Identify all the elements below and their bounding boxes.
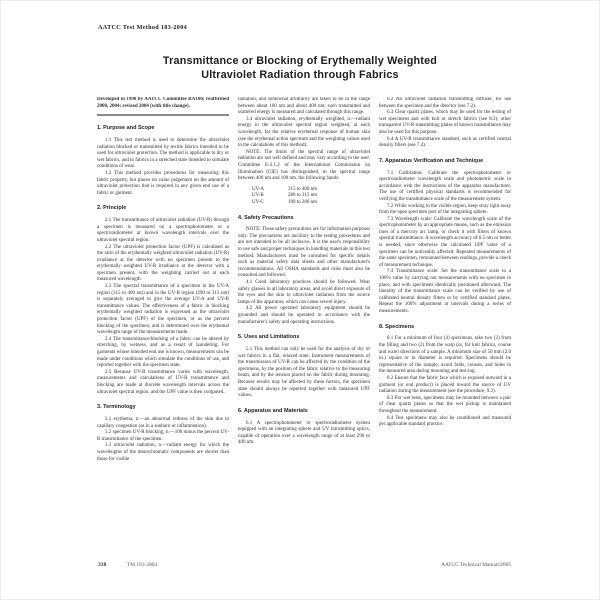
- document-title-line2: Ultraviolet Radiation through Fabrics: [1, 69, 599, 83]
- body-paragraph: NOTE: These safety precautions are for i…: [238, 227, 370, 280]
- uv-band-name: UV-A: [252, 187, 288, 194]
- section-heading: 5. Uses and Limitations: [238, 334, 370, 341]
- section-heading: 7. Apparatus Verification and Technique: [379, 158, 511, 165]
- body-paragraph: 2.2 The ultraviolet protection factor (U…: [97, 245, 229, 285]
- footer-page-number: 338: [98, 562, 106, 568]
- body-paragraph: 8.3 For wet tests, specimens may be moun…: [379, 396, 511, 416]
- scan-area: AATCC Test Method 183-2004 Transmittance…: [1, 1, 599, 599]
- section-heading: 2. Principle: [97, 205, 229, 212]
- uv-band-name: UV-C: [252, 200, 288, 207]
- body-paragraph: 6.4 A UV-R transmittance standard, such …: [379, 137, 511, 150]
- footer-method-number: TM 183-2004: [127, 562, 157, 568]
- body-paragraph: 1.1 This test method is used to determin…: [97, 138, 229, 171]
- body-paragraph: 7.4 Transmittance scale: Set the transmi…: [379, 269, 511, 315]
- body-paragraph: 6.1 A spectrophotometer or spectroradiom…: [238, 421, 370, 447]
- section-heading: 8. Specimens: [379, 324, 511, 331]
- body-paragraph: 2.3 The spectral transmittance of a spec…: [97, 284, 229, 337]
- document-title: Transmittance or Blocking of Erythemally…: [1, 55, 599, 82]
- body-paragraph: 4.2 All power operated laboratory equipm…: [238, 306, 370, 326]
- uv-band-row: UV-A315 to 400 nm: [252, 187, 370, 194]
- scanned-document-page: AATCC Test Method 183-2004 Transmittance…: [0, 0, 600, 600]
- column-left: Developed in 1998 by AATCC Committee RA1…: [97, 97, 229, 559]
- body-paragraph: 6.2 An ultraviolet radiation transmittin…: [379, 97, 511, 110]
- body-paragraph: 7.1 Calibration: Calibrate the spectroph…: [379, 171, 511, 204]
- body-paragraph: 4.1 Good laboratory practices should be …: [238, 280, 370, 306]
- text-columns: Developed in 1998 by AATCC Committee RA1…: [97, 97, 511, 559]
- body-paragraph: 3.4 ultraviolet radiation, erythemally w…: [238, 117, 370, 150]
- document-title-line1: Transmittance or Blocking of Erythemally…: [1, 55, 599, 69]
- section-heading: 6. Apparatus and Materials: [238, 408, 370, 415]
- document-header-method-number: AATCC Test Method 183-2004: [98, 24, 187, 31]
- section-heading: 4. Safety Precautions: [238, 215, 370, 222]
- column-right: 6.2 An ultraviolet radiation transmittin…: [379, 97, 511, 559]
- uv-band-range: 315 to 400 nm: [288, 187, 317, 194]
- section-heading: 1. Purpose and Scope: [97, 125, 229, 132]
- column-center: radiation, and somewhat arbitrarily are …: [238, 97, 370, 559]
- body-paragraph: 6.3 Clear quartz plates, which may be us…: [379, 110, 511, 136]
- body-paragraph: 8.4 Test specimens may also be condition…: [379, 416, 511, 429]
- development-headnote: Developed in 1998 by AATCC Committee RA1…: [97, 97, 229, 116]
- body-paragraph: 3.2 specimen UV-R blocking, n.—100 minus…: [97, 430, 229, 443]
- uv-band-name: UV-B: [252, 193, 288, 200]
- uv-band-range: 100 to 280 nm: [288, 200, 317, 207]
- body-paragraph: 5.1 This method can only be used for the…: [238, 347, 370, 400]
- uv-band-range: 280 to 315 nm: [288, 193, 317, 200]
- body-paragraph: 2.1 The transmittance of ultraviolet rad…: [97, 218, 229, 244]
- uv-band-row: UV-C100 to 280 nm: [252, 200, 370, 207]
- body-paragraph: 2.5 Because UV-R transmittance varies wi…: [97, 370, 229, 396]
- body-paragraph: 1.2 This method provides procedures for …: [97, 171, 229, 197]
- body-paragraph: 7.3 Wavelength scale: Calibrate the wave…: [379, 217, 511, 270]
- uv-band-row: UV-B280 to 315 nm: [252, 193, 370, 200]
- body-paragraph: 3.3 ultraviolet radiation, n.—radiant en…: [97, 443, 229, 463]
- body-paragraph: 7.2 While working in the visible region,…: [379, 204, 511, 217]
- body-paragraph: 3.1 erythema, n.—an abnormal redness of …: [97, 417, 229, 430]
- body-paragraph: 8.1 For a minimum of four (4) specimens,…: [379, 336, 511, 376]
- body-paragraph: 8.2 Ensure that the fabric face which is…: [379, 376, 511, 396]
- section-heading: 3. Terminology: [97, 404, 229, 411]
- body-paragraph: NOTE: The limits of the spectral range o…: [238, 150, 370, 183]
- body-paragraph: 2.4 The transmittance/blocking of a fabr…: [97, 337, 229, 370]
- footer-manual-label: AATCC Technical Manual/2005: [331, 562, 511, 568]
- body-paragraph: radiation, and somewhat arbitrarily are …: [238, 97, 370, 117]
- uv-band-table: UV-A315 to 400 nmUV-B280 to 315 nmUV-C10…: [252, 187, 370, 207]
